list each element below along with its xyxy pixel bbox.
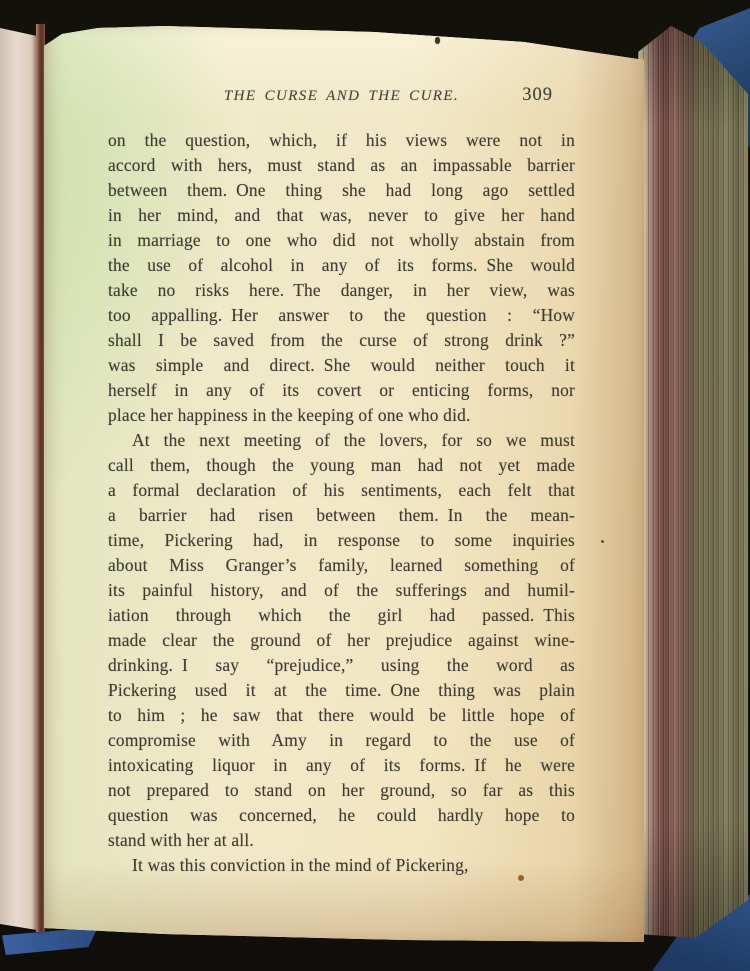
text-line: It was this conviction in the mind of Pi… — [108, 853, 575, 878]
text-line: Pickering used it at the time. One thing… — [108, 678, 575, 703]
text-line: a barrier had risen between them. In the… — [108, 503, 575, 528]
paragraph: on the question, which, if his views wer… — [108, 128, 575, 428]
text-line: a formal declaration of his sentiments, … — [108, 478, 575, 503]
book-gutter-shadow — [36, 24, 45, 932]
text-line: accord with hers, must stand as an impas… — [108, 153, 575, 178]
stacked-pages-fore-edge — [638, 18, 748, 952]
page-header: THE CURSE AND THE CURE. 309 — [108, 88, 575, 114]
text-line: herself in any of its covert or enticing… — [108, 378, 575, 403]
book-page: THE CURSE AND THE CURE. 309 on the quest… — [44, 26, 644, 942]
text-line: the use of alcohol in any of its forms. … — [108, 253, 575, 278]
text-line: in marriage to one who did not wholly ab… — [108, 228, 575, 253]
text-line: intoxicating liquor in any of its forms.… — [108, 753, 575, 778]
text-line: too appalling. Her answer to the questio… — [108, 303, 575, 328]
text-line: take no risks here. The danger, in her v… — [108, 278, 575, 303]
text-line: between them. One thing she had long ago… — [108, 178, 575, 203]
ink-speck — [435, 37, 440, 44]
text-line: time, Pickering had, in response to some… — [108, 528, 575, 553]
text-line: was simple and direct. She would neither… — [108, 353, 575, 378]
text-line: compromise with Amy in regard to the use… — [108, 728, 575, 753]
paragraph: It was this conviction in the mind of Pi… — [108, 853, 575, 878]
text-line: not prepared to stand on her ground, so … — [108, 778, 575, 803]
text-line: on the question, which, if his views wer… — [108, 128, 575, 153]
text-line: place her happiness in the keeping of on… — [108, 403, 575, 428]
text-line: to him ; he saw that there would be litt… — [108, 703, 575, 728]
paragraph: At the next meeting of the lovers, for s… — [108, 428, 575, 853]
text-line: question was concerned, he could hardly … — [108, 803, 575, 828]
text-line: shall I be saved from the curse of stron… — [108, 328, 575, 353]
running-title: THE CURSE AND THE CURE. — [108, 88, 575, 105]
page-number: 309 — [522, 85, 553, 106]
paper-fleck — [601, 540, 604, 543]
text-line: about Miss Granger’s family, learned som… — [108, 553, 575, 578]
text-line: iation through which the girl had passed… — [108, 603, 575, 628]
text-line: drinking. I say “prejudice,” using the w… — [108, 653, 575, 678]
text-line: its painful history, and of the sufferin… — [108, 578, 575, 603]
text-line: At the next meeting of the lovers, for s… — [108, 428, 575, 453]
scanned-book-photo: THE CURSE AND THE CURE. 309 on the quest… — [0, 0, 750, 971]
text-line: made clear the ground of her prejudice a… — [108, 628, 575, 653]
book-cover-corner-bottom-left — [2, 927, 98, 955]
body-text: on the question, which, if his views wer… — [108, 128, 575, 878]
facing-page-edge — [0, 22, 37, 932]
text-line: stand with her at all. — [108, 828, 575, 853]
text-line: call them, though the young man had not … — [108, 453, 575, 478]
text-line: in her mind, and that was, never to give… — [108, 203, 575, 228]
